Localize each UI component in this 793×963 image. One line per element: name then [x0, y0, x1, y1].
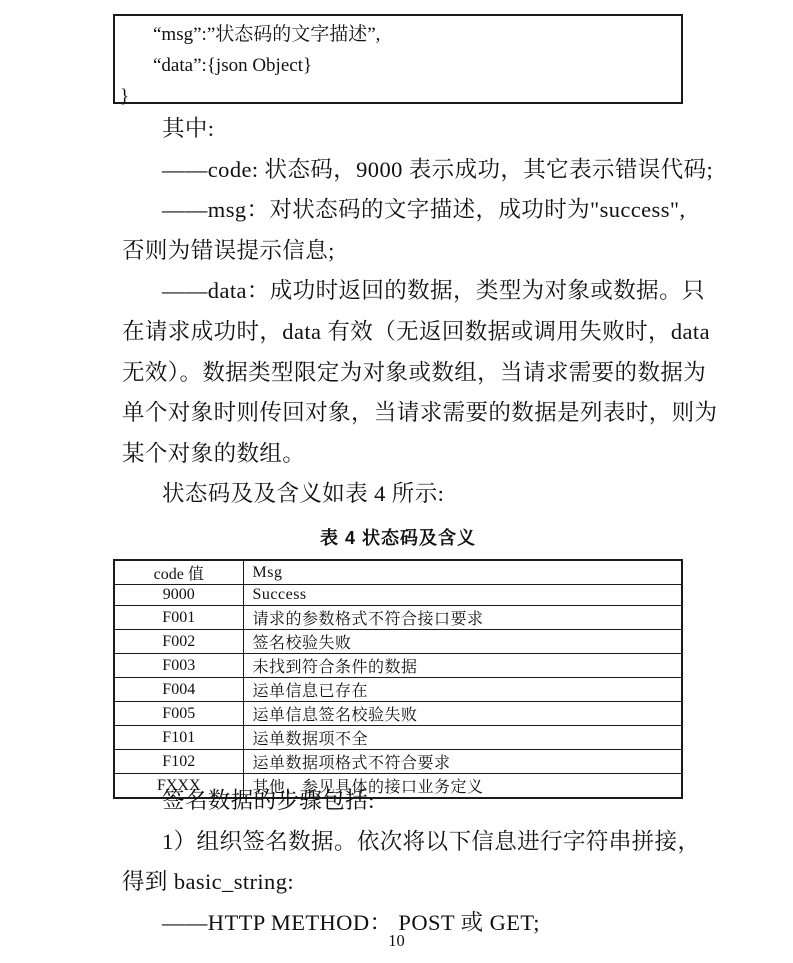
msg-cell: 运单信息已存在: [243, 678, 682, 702]
footer-line: 1）组织签名数据。依次将以下信息进行字符串拼接，: [122, 822, 688, 863]
code-cell: F101: [114, 726, 243, 750]
code-cell: F005: [114, 702, 243, 726]
table-row: F005 运单信息签名校验失败: [114, 702, 682, 726]
code-cell: F003: [114, 654, 243, 678]
body-line: ——msg：对状态码的文字描述，成功时为"success",: [122, 190, 688, 231]
body-line: 在请求成功时，data 有效（无返回数据或调用失败时，data: [122, 312, 688, 353]
table-caption: 表 4 状态码及含义: [113, 524, 683, 550]
code-line: “data”:{json Object}: [115, 50, 681, 81]
msg-cell: 请求的参数格式不符合接口要求: [243, 606, 682, 630]
table-row: F002 签名校验失败: [114, 630, 682, 654]
footer-line: 签名数据的步骤包括:: [122, 781, 688, 822]
table-row: F102 运单数据项格式不符合要求: [114, 750, 682, 774]
page-number: 10: [0, 931, 793, 951]
body-line: 某个对象的数组。: [122, 434, 688, 475]
msg-cell: 运单数据项格式不符合要求: [243, 750, 682, 774]
table-row: 9000 Success: [114, 585, 682, 606]
body-line: 否则为错误提示信息;: [122, 231, 688, 272]
msg-cell: 签名校验失败: [243, 630, 682, 654]
body-line: 其中:: [122, 109, 688, 150]
code-cell: F004: [114, 678, 243, 702]
status-code-table: code 值 Msg 9000 Success F001 请求的参数格式不符合接…: [113, 559, 683, 799]
msg-cell: 运单数据项不全: [243, 726, 682, 750]
document-page: “msg”:”状态码的文字描述”, “data”:{json Object} }…: [0, 0, 793, 963]
code-line: }: [115, 81, 681, 112]
body-line: 状态码及及含义如表 4 所示:: [122, 474, 688, 515]
code-cell: 9000: [114, 585, 243, 606]
body-line: 无效）。数据类型限定为对象或数组，当请求需要的数据为: [122, 353, 688, 394]
msg-cell: 未找到符合条件的数据: [243, 654, 682, 678]
table-header-cell: code 值: [114, 560, 243, 585]
table-row: F101 运单数据项不全: [114, 726, 682, 750]
code-cell: F001: [114, 606, 243, 630]
body-line: ——code: 状态码，9000 表示成功，其它表示错误代码;: [122, 150, 688, 191]
code-block: “msg”:”状态码的文字描述”, “data”:{json Object} }: [113, 14, 683, 104]
table-row: F001 请求的参数格式不符合接口要求: [114, 606, 682, 630]
body-paragraphs: 其中: ——code: 状态码，9000 表示成功，其它表示错误代码; ——ms…: [122, 109, 688, 515]
table-row: F004 运单信息已存在: [114, 678, 682, 702]
table-header-cell: Msg: [243, 560, 682, 585]
code-line: “msg”:”状态码的文字描述”,: [115, 19, 681, 50]
code-cell: F002: [114, 630, 243, 654]
msg-cell: Success: [243, 585, 682, 606]
code-cell: F102: [114, 750, 243, 774]
table-header-row: code 值 Msg: [114, 560, 682, 585]
body-line: ——data：成功时返回的数据，类型为对象或数据。只: [122, 271, 688, 312]
table-row: F003 未找到符合条件的数据: [114, 654, 682, 678]
msg-cell: 运单信息签名校验失败: [243, 702, 682, 726]
footer-line: 得到 basic_string:: [122, 862, 688, 903]
footer-paragraphs: 签名数据的步骤包括: 1）组织签名数据。依次将以下信息进行字符串拼接， 得到 b…: [122, 781, 688, 943]
body-line: 单个对象时则传回对象，当请求需要的数据是列表时，则为: [122, 393, 688, 434]
